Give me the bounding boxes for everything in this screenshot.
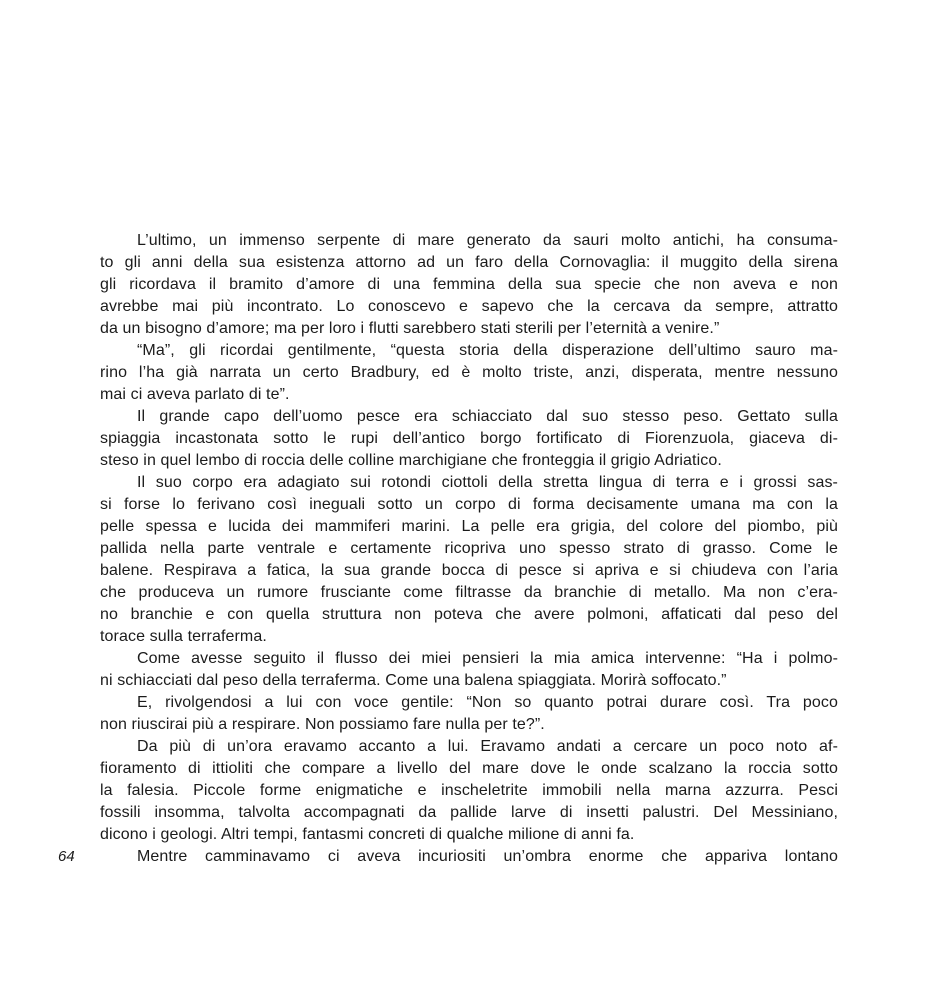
text-block: L’ultimo, un immenso serpente di mare ge…	[100, 230, 838, 868]
text-line: gli ricordava il bramito d’amore di una …	[100, 274, 838, 296]
book-page: 64 L’ultimo, un immenso serpente di mare…	[0, 0, 942, 1000]
text-line: la falesia. Piccole forme enigmatiche e …	[100, 780, 838, 802]
text-line: ni schiacciati dal peso della terraferma…	[100, 670, 838, 692]
text-line: steso in quel lembo di roccia delle coll…	[100, 450, 838, 472]
text-line: pallida nella parte ventrale e certament…	[100, 538, 838, 560]
paragraph: L’ultimo, un immenso serpente di mare ge…	[100, 230, 838, 340]
text-line: Mentre camminavamo ci aveva incuriositi …	[100, 846, 838, 868]
text-line: to gli anni della sua esistenza attorno …	[100, 252, 838, 274]
paragraph: Il grande capo dell’uomo pesce era schia…	[100, 406, 838, 472]
text-line: spiaggia incastonata sotto le rupi dell’…	[100, 428, 838, 450]
text-line: pelle spessa e lucida dei mammiferi mari…	[100, 516, 838, 538]
text-line: Il suo corpo era adagiato sui rotondi ci…	[100, 472, 838, 494]
text-line: no branchie e con quella struttura non p…	[100, 604, 838, 626]
text-line: Da più di un’ora eravamo accanto a lui. …	[100, 736, 838, 758]
text-line: che produceva un rumore frusciante come …	[100, 582, 838, 604]
text-line: si forse lo ferivano così ineguali sotto…	[100, 494, 838, 516]
text-line: L’ultimo, un immenso serpente di mare ge…	[100, 230, 838, 252]
paragraph: Il suo corpo era adagiato sui rotondi ci…	[100, 472, 838, 648]
paragraph: “Ma”, gli ricordai gentilmente, “questa …	[100, 340, 838, 406]
paragraph: Come avesse seguito il flusso dei miei p…	[100, 648, 838, 692]
text-line: torace sulla terraferma.	[100, 626, 838, 648]
text-line: rino l’ha già narrata un certo Bradbury,…	[100, 362, 838, 384]
paragraph: E, rivolgendosi a lui con voce gentile: …	[100, 692, 838, 736]
text-line: E, rivolgendosi a lui con voce gentile: …	[100, 692, 838, 714]
text-line: avrebbe mai più incontrato. Lo conoscevo…	[100, 296, 838, 318]
text-line: mai ci aveva parlato di te”.	[100, 384, 838, 406]
paragraph: Mentre camminavamo ci aveva incuriositi …	[100, 846, 838, 868]
text-line: Come avesse seguito il flusso dei miei p…	[100, 648, 838, 670]
page-number: 64	[58, 846, 75, 868]
text-line: fossili insomma, talvolta accompagnati d…	[100, 802, 838, 824]
paragraph: Da più di un’ora eravamo accanto a lui. …	[100, 736, 838, 846]
text-line: non riuscirai più a respirare. Non possi…	[100, 714, 838, 736]
text-line: dicono i geologi. Altri tempi, fantasmi …	[100, 824, 838, 846]
text-line: da un bisogno d’amore; ma per loro i flu…	[100, 318, 838, 340]
text-line: Il grande capo dell’uomo pesce era schia…	[100, 406, 838, 428]
text-line: fioramento di ittioliti che compare a li…	[100, 758, 838, 780]
text-line: “Ma”, gli ricordai gentilmente, “questa …	[100, 340, 838, 362]
text-line: balene. Respirava a fatica, la sua grand…	[100, 560, 838, 582]
